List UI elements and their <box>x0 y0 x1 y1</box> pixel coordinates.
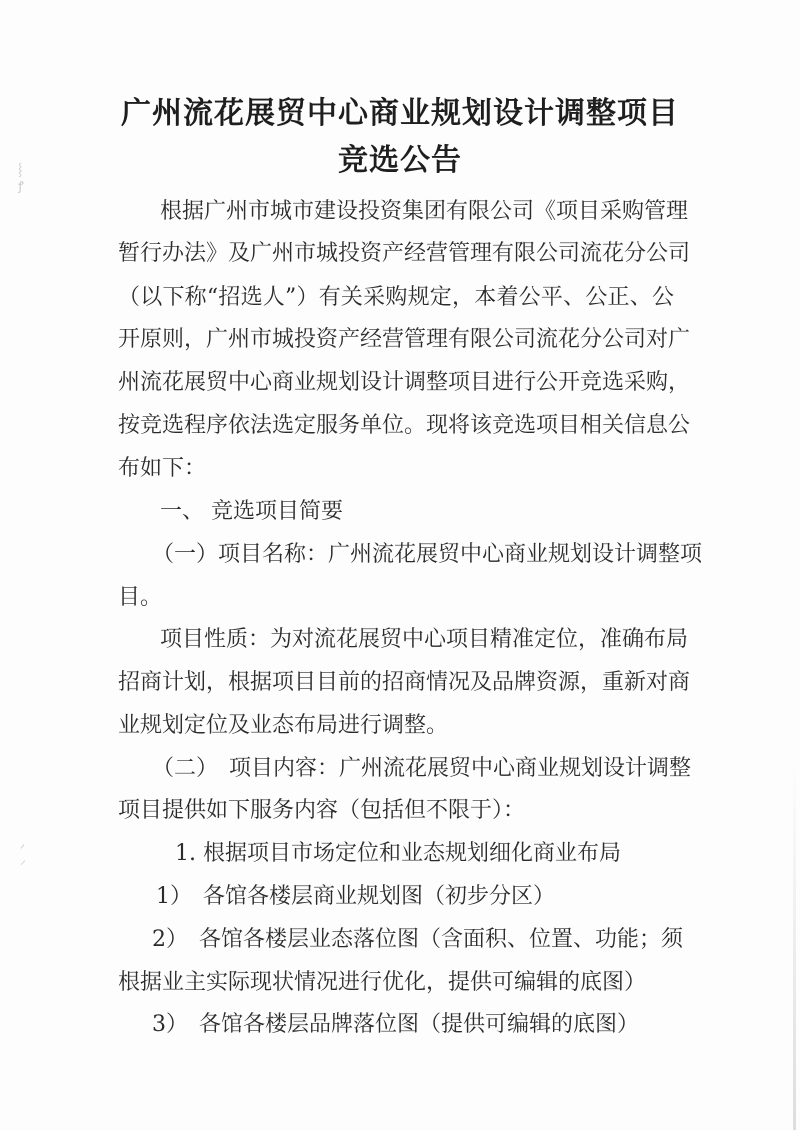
list-item: 3） 各馆各楼层品牌落位图（提供可编辑的底图） <box>152 1011 639 1039</box>
body-text-line: 项目提供如下服务内容（包括但不限于）： <box>118 797 525 825</box>
body-text-line: 开原则，广州市城投资产经营管理有限公司流花分公司对广 <box>118 326 674 354</box>
scan-edge-shadow <box>793 760 796 1130</box>
document-title: 广州流花展贸中心商业规划设计调整项目 <box>0 88 800 132</box>
body-text-line: 根据业主实际现状情况进行优化，提供可编辑的底图） <box>118 969 646 997</box>
body-text-line: 布如下： <box>118 455 206 483</box>
document-page: ⸾ꝭ ᐟ⸍ 广州流花展贸中心商业规划设计调整项目 竞选公告 根据广州市城市建设投… <box>0 0 800 1131</box>
item-project-content: （二） 项目内容：广州流花展贸中心商业规划设计调整 <box>152 755 674 783</box>
scan-artifact-mark: ᐟ⸍ <box>20 842 26 873</box>
list-item: 1. 根据项目市场定位和业态规划细化商业布局 <box>175 840 621 868</box>
body-text-line: 按竞选程序依法选定服务单位。现将该竞选项目相关信息公 <box>118 412 674 440</box>
list-item: 1） 各馆各楼层商业规划图（初步分区） <box>156 883 555 911</box>
body-text-line: 暂行办法》及广州市城投资产经营管理有限公司流花分公司 <box>118 240 674 268</box>
body-text-line: 州流花展贸中心商业规划设计调整项目进行公开竞选采购， <box>118 369 674 397</box>
body-text-line: 招商计划，根据项目目前的招商情况及品牌资源，重新对商 <box>118 669 674 697</box>
document-subtitle: 竞选公告 <box>0 135 800 179</box>
body-text-line: 业规划定位及业态布局进行调整。 <box>118 712 448 740</box>
list-item: 2） 各馆各楼层业态落位图（含面积、位置、功能；须 <box>152 926 674 954</box>
body-text-line: （以下称“招选人”）有关采购规定，本着公平、公正、公 <box>118 284 674 312</box>
item-project-name: （一）项目名称：广州流花展贸中心商业规划设计调整项 <box>152 541 674 569</box>
section-heading: 一、 竞选项目简要 <box>160 498 343 526</box>
body-text-line: 根据广州市城市建设投资集团有限公司《项目采购管理 <box>160 198 674 226</box>
body-text-line: 目。 <box>118 584 162 612</box>
item-project-nature: 项目性质：为对流花展贸中心项目精准定位，准确布局 <box>160 626 674 654</box>
